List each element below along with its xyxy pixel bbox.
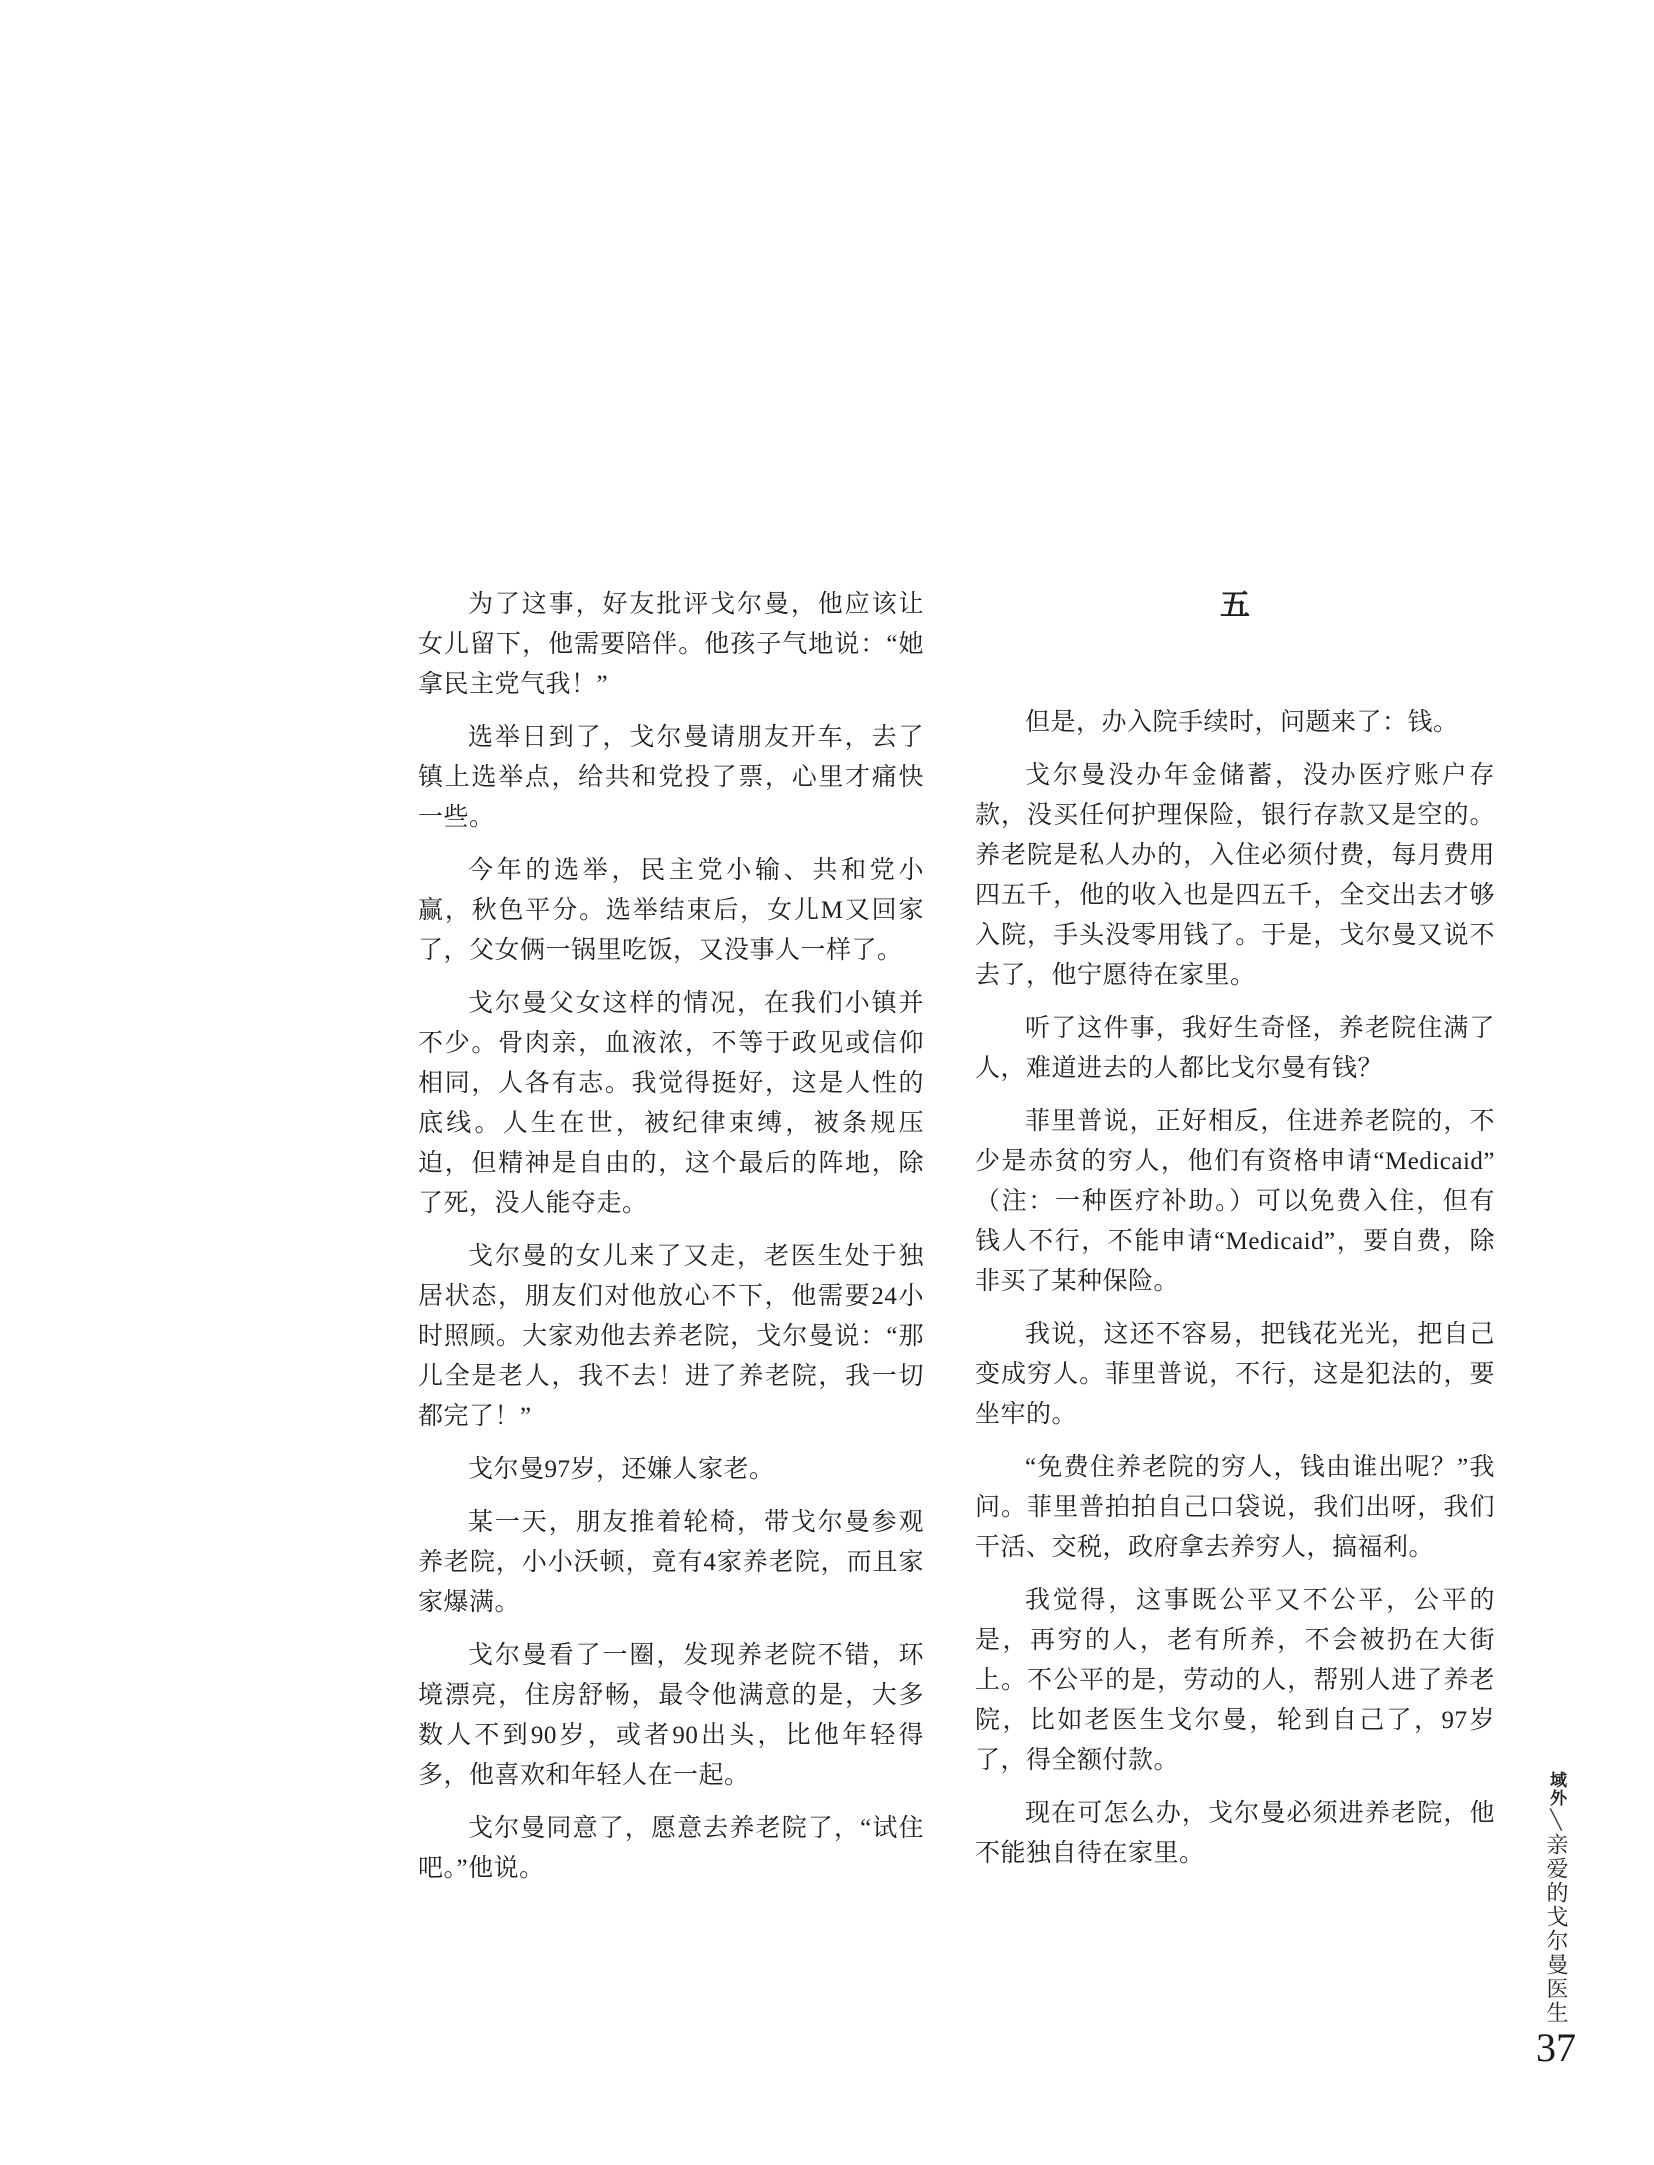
paragraph: 但是，办入院手续时，问题来了：钱。 bbox=[975, 703, 1495, 743]
section-heading: 五 bbox=[975, 585, 1495, 627]
paragraph: “免费住养老院的穷人，钱由谁出呢？”我问。菲里普拍拍自己口袋说，我们出呀，我们干… bbox=[975, 1448, 1495, 1568]
paragraph: 戈尔曼父女这样的情况，在我们小镇并不少。骨肉亲，血液浓，不等于政见或信仰相同，人… bbox=[418, 984, 924, 1224]
sidebar-section-label: 域外 bbox=[1541, 1771, 1571, 1807]
right-column: 五 但是，办入院手续时，问题来了：钱。 戈尔曼没办年金储蓄，没办医疗账户存款，没… bbox=[975, 585, 1495, 1887]
paragraph: 菲里普说，正好相反，住进养老院的，不少是赤贫的穷人，他们有资格申请“Medica… bbox=[975, 1102, 1495, 1302]
paragraph: 某一天，朋友推着轮椅，带戈尔曼参观养老院，小小沃顿，竟有4家养老院，而且家家爆满… bbox=[418, 1503, 924, 1623]
paragraph: 现在可怎么办，戈尔曼必须进养老院，他不能独自待在家里。 bbox=[975, 1794, 1495, 1874]
paragraph: 戈尔曼97岁，还嫌人家老。 bbox=[418, 1450, 924, 1490]
left-column: 为了这事，好友批评戈尔曼，他应该让女儿留下，他需要陪伴。他孩子气地说：“她拿民主… bbox=[418, 585, 924, 1902]
paragraph: 听了这件事，我好生奇怪，养老院住满了人，难道进去的人都比戈尔曼有钱？ bbox=[975, 1009, 1495, 1089]
paragraph: 我说，这还不容易，把钱花光光，把自己变成穷人。菲里普说，不行，这是犯法的，要坐牢… bbox=[975, 1315, 1495, 1435]
magazine-page: 为了这事，好友批评戈尔曼，他应该让女儿留下，他需要陪伴。他孩子气地说：“她拿民主… bbox=[0, 0, 1654, 2165]
page-number: 37 bbox=[1536, 2026, 1576, 2070]
paragraph: 戈尔曼没办年金储蓄，没办医疗账户存款，没买任何护理保险，银行存款又是空的。养老院… bbox=[975, 756, 1495, 996]
paragraph: 我觉得，这事既公平又不公平，公平的是，再穷的人，老有所养，不会被扔在大街上。不公… bbox=[975, 1581, 1495, 1781]
paragraph: 今年的选举，民主党小输、共和党小赢，秋色平分。选举结束后，女儿M又回家了，父女俩… bbox=[418, 851, 924, 971]
article-title-vertical: 亲爱的戈尔曼医生 bbox=[1541, 1833, 1571, 2025]
paragraph: 戈尔曼看了一圈，发现养老院不错，环境漂亮，住房舒畅，最令他满意的是，大多数人不到… bbox=[418, 1636, 924, 1796]
paragraph: 戈尔曼同意了，愿意去养老院了，“试住吧。”他说。 bbox=[418, 1809, 924, 1889]
paragraph: 选举日到了，戈尔曼请朋友开车，去了镇上选举点，给共和党投了票，心里才痛快一些。 bbox=[418, 718, 924, 838]
paragraph: 为了这事，好友批评戈尔曼，他应该让女儿留下，他需要陪伴。他孩子气地说：“她拿民主… bbox=[418, 585, 924, 705]
page-margin-sidebar: 域外 ╲ 亲爱的戈尔曼医生 bbox=[1540, 1771, 1572, 2025]
paragraph: 戈尔曼的女儿来了又走，老医生处于独居状态，朋友们对他放心不下，他需要24小时照顾… bbox=[418, 1237, 924, 1437]
sidebar-separator-slash: ╲ bbox=[1540, 1807, 1572, 1833]
